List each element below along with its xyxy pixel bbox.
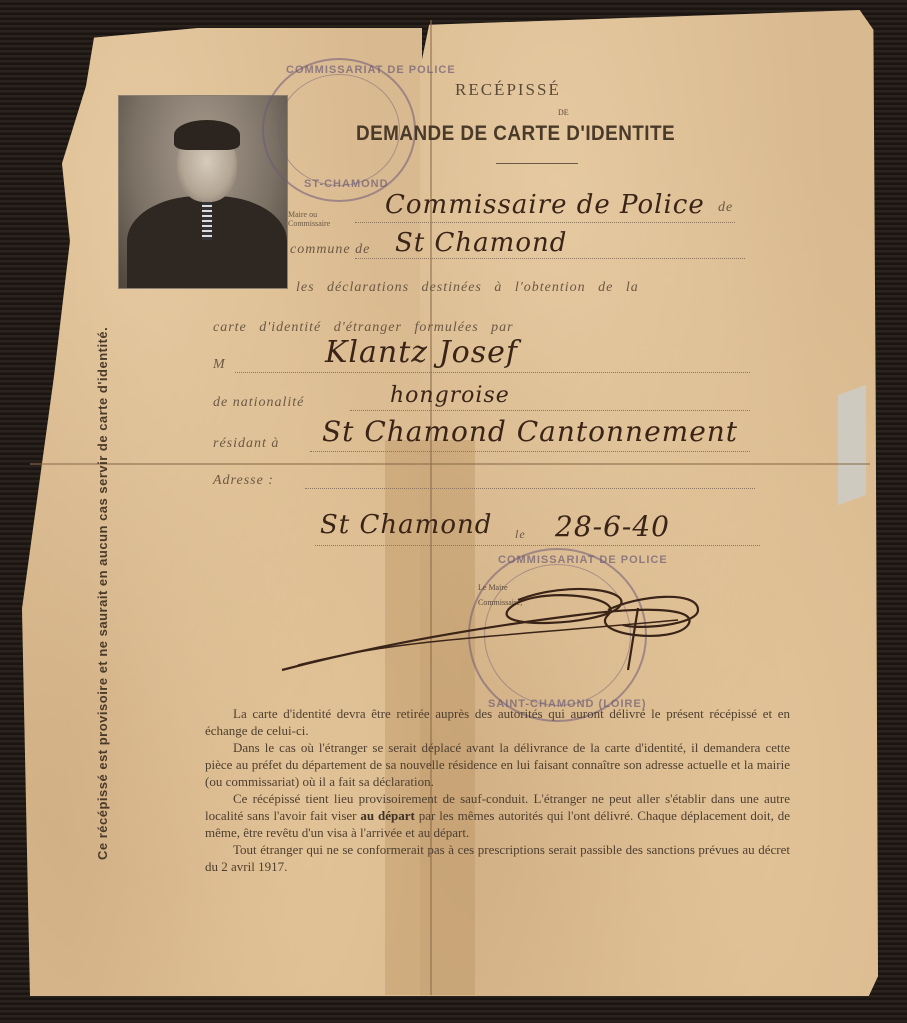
date-prefix: le bbox=[515, 527, 526, 542]
official-suffix: de bbox=[718, 200, 733, 216]
document-title-de: DE bbox=[558, 108, 569, 117]
declaration-text-2: carte d'identité d'étranger formulées pa… bbox=[213, 320, 514, 336]
nationality-label: de nationalité bbox=[213, 395, 304, 411]
title-divider bbox=[496, 163, 578, 164]
address-label: Adresse : bbox=[213, 473, 274, 489]
residence-value: St Chamond Cantonnement bbox=[322, 415, 738, 448]
commune-value: St Chamond bbox=[395, 228, 567, 258]
official-label: Maire ou Commissaire bbox=[288, 210, 330, 228]
notice-paragraph-1: La carte d'identité devra être retirée a… bbox=[205, 705, 790, 739]
provisional-notice-vertical: Ce récépissé est provisoire et ne saurai… bbox=[95, 327, 110, 860]
document-title-main: DEMANDE DE CARTE D'IDENTITE bbox=[356, 122, 675, 146]
applicant-name: Klantz Josef bbox=[325, 335, 518, 370]
residence-label: résidant à bbox=[213, 436, 279, 452]
nationality-value: hongroise bbox=[390, 383, 510, 408]
declaration-text-1: les déclarations destinées à l'obtention… bbox=[296, 280, 639, 296]
notice-paragraph-3: Ce récépissé tient lieu provisoirement d… bbox=[205, 790, 790, 841]
commune-label: commune de bbox=[290, 242, 370, 258]
name-label: M bbox=[213, 357, 226, 373]
notice-paragraph-4: Tout étranger qui ne se conformerait pas… bbox=[205, 841, 790, 875]
notice-paragraph-2: Dans le cas où l'étranger se serait dépl… bbox=[205, 739, 790, 790]
place-value: St Chamond bbox=[320, 510, 492, 540]
repair-tape-right bbox=[838, 385, 866, 505]
fold-line-horizontal bbox=[30, 463, 870, 465]
document-title-recepisse: RECÉPISSÉ bbox=[455, 80, 561, 100]
official-value: Commissaire de Police bbox=[385, 190, 705, 220]
signature-icon bbox=[278, 570, 708, 680]
instructions-notice: La carte d'identité devra être retirée a… bbox=[205, 705, 790, 875]
document-photo-scene: COMMISSARIAT DE POLICE ST-CHAMOND RECÉPI… bbox=[0, 0, 907, 1023]
date-value: 28-6-40 bbox=[555, 510, 670, 543]
